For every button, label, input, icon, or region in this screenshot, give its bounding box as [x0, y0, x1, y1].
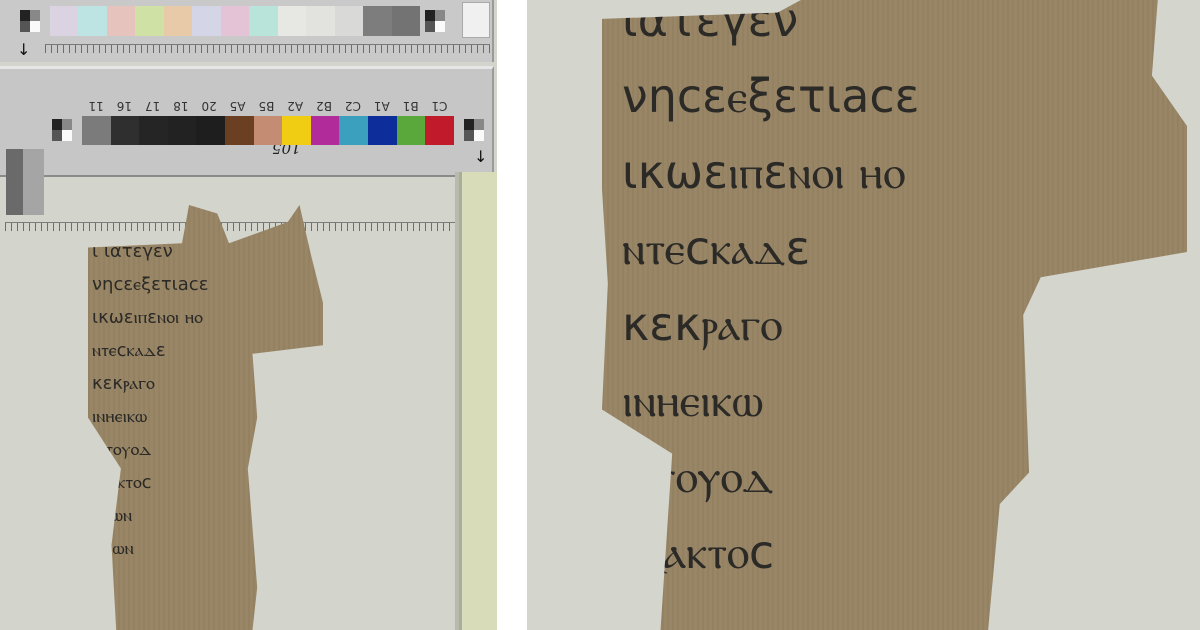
color-patch — [397, 116, 426, 145]
papyrus-text-line: νηcεⲉξετιacε — [92, 268, 208, 301]
color-patch — [339, 116, 368, 145]
color-patch — [135, 6, 163, 36]
papyrus-fragment-detail: ιατεγεννηcεⲉξετιacεικωεⲓⲡεⲛⲟⲓ ⲏⲟⲛⲧⲉcⲕⲁⲇε… — [602, 0, 1187, 630]
panel-divider — [497, 0, 527, 630]
color-patch — [107, 6, 135, 36]
papyrus-text-line: ⲁⲓⲧⲟⲩⲟⲇ — [92, 433, 208, 466]
papyrus-text-line: ⲓⲛⲏⲉⲓⲕⲱ — [92, 400, 208, 433]
color-patch — [425, 116, 454, 145]
top-color-patches — [50, 6, 420, 36]
color-patch — [278, 6, 306, 36]
color-patch-label: A2 — [287, 95, 303, 113]
color-patch-label: B5 — [258, 95, 274, 113]
papyrus-fragment: ι ιατεγεννηcεⲉξετιacεικωεⲓⲡεⲛⲟⲓ ⲏⲟⲛⲧⲉcⲕⲁ… — [88, 205, 323, 630]
grayscale-wedge — [6, 149, 44, 215]
color-patch-label: C2 — [345, 95, 361, 113]
color-patch — [111, 116, 140, 145]
color-patch-label: B2 — [316, 95, 332, 113]
color-patch-label: 18 — [173, 95, 188, 113]
papyrus-text-line: ι ιατεγεν — [92, 235, 208, 268]
color-patch — [225, 116, 254, 145]
papyrus-text-line: κεκⲣⲁⲅⲟ — [92, 367, 208, 400]
color-patch — [311, 116, 340, 145]
color-chart-bottom-strip: Image Engineering · Color Reference Char… — [0, 66, 494, 177]
papyrus-text-line: ικωεⲓⲡεⲛⲟⲓ ⲏⲟ — [92, 301, 208, 334]
grey-target-icon — [464, 119, 484, 141]
papyrus-text-line: νηcεⲉξετιacε — [622, 58, 920, 134]
papyrus-text-line: ⲉⲗⲁⲕⲧⲟc — [622, 514, 920, 590]
color-patch — [82, 116, 111, 145]
mount-edge-strip — [455, 172, 497, 630]
color-patch-label: 11 — [89, 95, 104, 113]
color-patch — [50, 6, 78, 36]
color-patch — [164, 6, 192, 36]
color-patch-label: A1 — [374, 95, 390, 113]
color-patch — [196, 116, 225, 145]
papyrus-text-line: ⲉⲗⲁⲕⲧⲟc — [92, 466, 208, 499]
color-patch — [78, 6, 106, 36]
color-patch-label: 20 — [201, 95, 216, 113]
color-patch-label: B1 — [403, 95, 419, 113]
reference-label-box — [462, 2, 490, 38]
color-patch — [139, 116, 168, 145]
color-patch-label: A5 — [230, 95, 246, 113]
color-patch-label: 17 — [145, 95, 160, 113]
grey-target-icon — [20, 10, 40, 32]
bottom-color-patches — [82, 116, 454, 145]
color-patch — [363, 6, 391, 36]
color-patch — [368, 116, 397, 145]
papyrus-text-line: κεκⲣⲁⲅⲟ — [622, 286, 920, 362]
down-arrow-icon: ↓ — [474, 149, 487, 165]
grey-target-icon — [425, 10, 445, 32]
papyrus-text-line: ικωεⲓⲡεⲛⲟⲓ ⲏⲟ — [622, 134, 920, 210]
papyrus-detail-text-block: ιατεγεννηcεⲉξετιacεικωεⲓⲡεⲛⲟⲓ ⲏⲟⲛⲧⲉcⲕⲁⲇε… — [622, 0, 920, 590]
papyrus-text-line: ⲛⲧⲉcⲕⲁⲇε — [92, 334, 208, 367]
papyrus-text-block: ι ιατεγεννηcεⲉξετιacεικωεⲓⲡεⲛⲟⲓ ⲏⲟⲛⲧⲉcⲕⲁ… — [92, 235, 208, 565]
papyrus-text-line: ⲁⲓⲧⲟⲩⲟⲇ — [622, 438, 920, 514]
color-patch — [168, 116, 197, 145]
down-arrow-icon: ↓ — [17, 42, 30, 58]
color-patch — [392, 6, 420, 36]
papyrus-text-line: κⲗⲱⲛ — [92, 499, 208, 532]
color-patch — [192, 6, 220, 36]
grey-target-icon — [52, 119, 72, 141]
color-patch — [335, 6, 363, 36]
ruler-scale-bottom — [5, 222, 470, 231]
color-patch — [306, 6, 334, 36]
color-patch-labels: C1B1A1C2B2A2B5A52018171611 — [82, 95, 454, 113]
ruler-scale-top — [45, 44, 490, 53]
papyrus-text-line: εκⲱⲛ — [92, 532, 208, 565]
papyrus-text-line: ⲓⲛⲏⲉⲓⲕⲱ — [622, 362, 920, 438]
color-patch-label: C1 — [432, 95, 448, 113]
color-patch — [221, 6, 249, 36]
color-patch — [282, 116, 311, 145]
color-chart-top-strip: ↓ — [0, 0, 494, 62]
color-patch-label: 16 — [117, 95, 132, 113]
color-patch — [249, 6, 277, 36]
right-detail-panel: ιατεγεννηcεⲉξετιacεικωεⲓⲡεⲛⲟⲓ ⲏⲟⲛⲧⲉcⲕⲁⲇε… — [527, 0, 1200, 630]
papyrus-text-line: ιατεγεν — [622, 0, 920, 58]
left-photo-panel: ↓ Image Engineering · Color Reference Ch… — [0, 0, 497, 630]
papyrus-text-line: ⲛⲧⲉcⲕⲁⲇε — [622, 210, 920, 286]
color-patch — [254, 116, 283, 145]
